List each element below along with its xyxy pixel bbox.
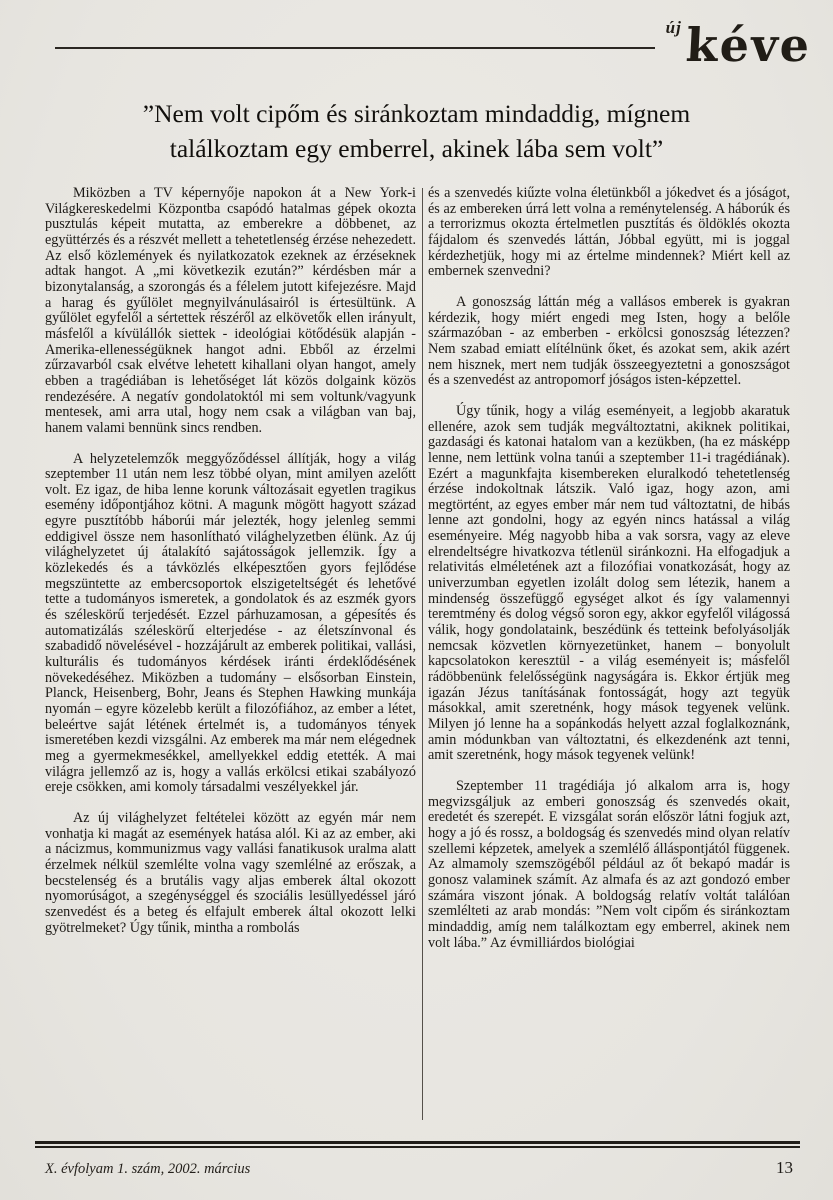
right-column: és a szenvedés kiűzte volna életünkből a… xyxy=(428,186,790,1134)
paragraph: Miközben a TV képernyője napokon át a Ne… xyxy=(45,186,416,437)
article-title: ”Nem volt cipőm és siránkoztam mindaddig… xyxy=(60,96,773,166)
magazine-page: újkéve ”Nem volt cipőm és siránkoztam mi… xyxy=(0,0,833,1200)
paragraph: Úgy tűnik, hogy a világ eseményeit, a le… xyxy=(428,404,790,764)
article-title-line1: ”Nem volt cipőm és siránkoztam mindaddig… xyxy=(143,99,690,128)
footer: X. évfolyam 1. szám, 2002. március 13 xyxy=(45,1158,793,1178)
paragraph: Szeptember 11 tragédiája jó alkalom arra… xyxy=(428,779,790,951)
paragraph-continuation: és a szenvedés kiűzte volna életünkből a… xyxy=(428,186,790,280)
left-column: Miközben a TV képernyője napokon át a Ne… xyxy=(45,186,416,1134)
logo-prefix: új xyxy=(666,18,682,37)
paragraph: Az új világhelyzet feltételei között az … xyxy=(45,811,416,936)
logo-wordmark: kéve xyxy=(684,18,812,72)
article-title-line2: találkoztam egy emberrel, akinek lába se… xyxy=(170,134,664,163)
magazine-logo: újkéve xyxy=(666,18,811,72)
article-body: Miközben a TV képernyője napokon át a Ne… xyxy=(45,186,791,1134)
masthead-rule xyxy=(55,47,655,49)
page-number: 13 xyxy=(776,1158,793,1178)
paragraph: A helyzetelemzők meggyőződéssel állítják… xyxy=(45,452,416,796)
footer-double-rule xyxy=(35,1141,800,1148)
paragraph: A gonoszság láttán még a vallásos embere… xyxy=(428,295,790,389)
column-divider xyxy=(422,188,423,1120)
issue-info: X. évfolyam 1. szám, 2002. március xyxy=(45,1161,250,1178)
